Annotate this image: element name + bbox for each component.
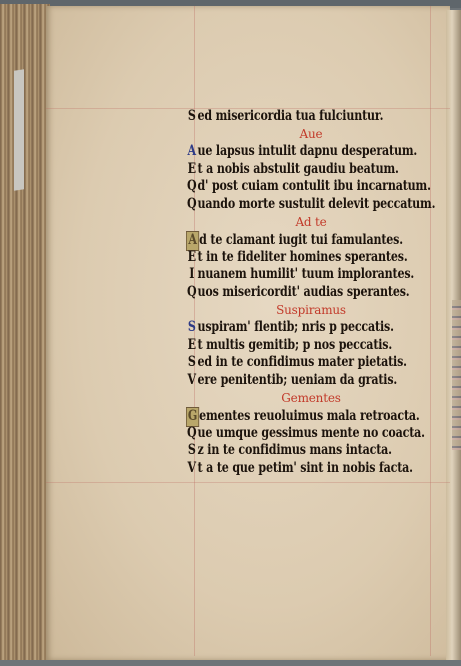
line-text: ed misericordia tua fulciuntur. <box>197 108 383 124</box>
decorated-initial: A <box>186 143 197 161</box>
line-text: d' post cuiam contulit ibu incarnatum. <box>197 178 430 194</box>
text-line: Et multis gemitib; p nos peccatis. <box>186 337 391 355</box>
text-line: Quos misericordit' audias sperantes. <box>186 284 391 302</box>
line-text: nuanem humilit' tuum implorantes. <box>197 266 414 282</box>
text-line: Et a nobis abstulit gaudiu beatum. <box>186 161 391 179</box>
line-text: ementes reuoluimus mala retroacta. <box>199 408 420 424</box>
line-text: ed in te confidimus mater pietatis. <box>197 354 406 370</box>
text-line: Sed in te confidimus mater pietatis. <box>186 354 391 372</box>
text-line: Qd' post cuiam contulit ibu incarnatum. <box>186 178 391 196</box>
line-text: ue lapsus intulit dapnu desperatum. <box>197 143 417 159</box>
line-text: ue umque gessimus mente no coacta. <box>197 425 424 441</box>
initial-letter: S <box>186 442 197 460</box>
line-text: t a te que petim' sint in nobis facta. <box>197 460 412 476</box>
text-line: Sed misericordia tua fulciuntur. <box>186 108 391 126</box>
text-line: Et in te fideliter homines sperantes. <box>186 249 391 267</box>
margin-strip <box>452 300 461 450</box>
initial-letter: V <box>186 460 197 478</box>
line-text: t in te fideliter homines sperantes. <box>197 249 407 265</box>
ruling-line-bottom <box>46 482 450 483</box>
line-text: uspiram' flentib; nris p peccatis. <box>197 319 393 335</box>
initial-letter: E <box>186 337 197 355</box>
text-line: Ad te clamant iugit tui famulantes. <box>186 231 391 249</box>
manuscript-text: Sed misericordia tua fulciuntur.AueAue l… <box>186 108 436 477</box>
line-text: ere penitentib; ueniam da gratis. <box>197 372 397 388</box>
paper-tab <box>14 69 24 190</box>
text-line: Quando morte sustulit delevit peccatum. <box>186 196 391 214</box>
initial-letter: S <box>186 354 197 372</box>
line-text: t a nobis abstulit gaudiu beatum. <box>197 161 398 177</box>
initial-letter: Q <box>186 196 197 214</box>
text-line: Sz in te confidimus mans intacta. <box>186 442 391 460</box>
decorated-initial: S <box>186 319 197 337</box>
rubric-heading: Gementes <box>186 390 436 408</box>
initial-letter: V <box>186 372 197 390</box>
initial-letter: E <box>186 161 197 179</box>
line-text: d te clamant iugit tui famulantes. <box>199 232 403 248</box>
rubric-heading: Suspiramus <box>186 302 436 320</box>
text-line: Vt a te que petim' sint in nobis facta. <box>186 460 391 478</box>
initial-letter: S <box>186 108 197 126</box>
initial-letter: E <box>186 249 197 267</box>
text-line: Que umque gessimus mente no coacta. <box>186 425 391 443</box>
text-line: Vere penitentib; ueniam da gratis. <box>186 372 391 390</box>
initial-letter: Q <box>186 425 197 443</box>
text-line: Inuanem humilit' tuum implorantes. <box>186 266 391 284</box>
initial-letter: Q <box>186 178 197 196</box>
line-text: t multis gemitib; p nos peccatis. <box>197 337 392 353</box>
text-line: Gementes reuoluimus mala retroacta. <box>186 407 391 425</box>
initial-letter: I <box>186 266 197 284</box>
line-text: z in te confidimus mans intacta. <box>197 442 391 458</box>
line-text: uos misericordit' audias sperantes. <box>197 284 409 300</box>
line-text: uando morte sustulit delevit peccatum. <box>197 196 435 212</box>
page-edges <box>0 4 50 660</box>
rubric-heading: Aue <box>186 126 436 144</box>
rubric-heading: Ad te <box>186 214 436 232</box>
text-line: Suspiram' flentib; nris p peccatis. <box>186 319 391 337</box>
initial-letter: Q <box>186 284 197 302</box>
text-line: Aue lapsus intulit dapnu desperatum. <box>186 143 391 161</box>
